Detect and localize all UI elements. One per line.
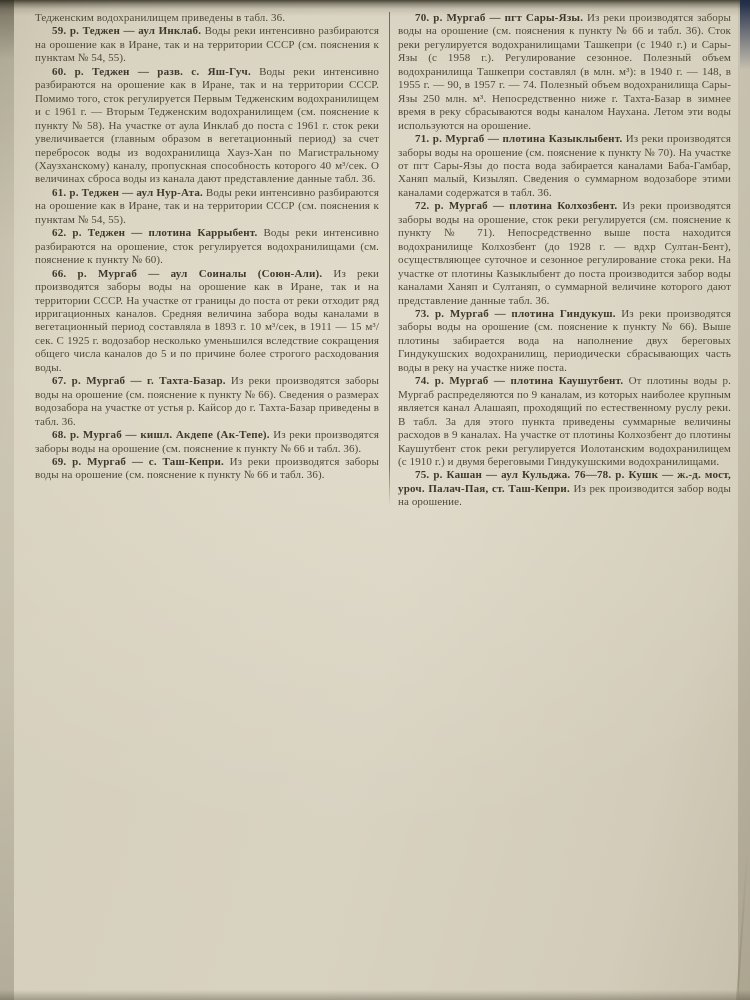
entry-heading: 60. р. Теджен — разв. с. Яш-Гуч. — [52, 66, 251, 78]
entry-paragraph: 61. р. Теджен — аул Нур-Ата. Воды реки и… — [35, 187, 379, 227]
text-column-right: 70. р. Мургаб — пгт Сары-Язы. Из реки пр… — [398, 12, 731, 510]
entry-heading: 73. р. Мургаб — плотина Гиндукуш. — [415, 308, 616, 320]
entry-heading: 61. р. Теджен — аул Нур-Ата. — [52, 187, 203, 199]
entry-heading: 66. р. Мургаб — аул Соиналы (Союн-Али). — [52, 268, 322, 280]
text-column-left: Тедженским водохранилищем приведены в та… — [35, 12, 379, 483]
entry-paragraph: 75. р. Кашан — аул Кульджа. 76—78. р. Ку… — [398, 469, 731, 509]
book-page: Тедженским водохранилищем приведены в та… — [0, 0, 750, 1000]
two-column-text-block: Тедженским водохранилищем приведены в та… — [35, 12, 731, 510]
scan-bottom-shadow — [0, 990, 750, 1000]
entry-heading: 71. р. Мургаб — плотина Казыклыбент. — [415, 133, 622, 145]
entry-paragraph: 69. р. Мургаб — с. Таш-Кепри. Из реки пр… — [35, 456, 379, 483]
entry-heading: 72. р. Мургаб — плотина Колхозбент. — [415, 200, 617, 212]
entry-paragraph: 72. р. Мургаб — плотина Колхозбент. Из р… — [398, 200, 731, 308]
entry-paragraph: 66. р. Мургаб — аул Соиналы (Союн-Али). … — [35, 268, 379, 376]
entry-heading: 62. р. Теджен — плотина Каррыбент. — [52, 227, 258, 239]
scan-left-shadow — [0, 0, 14, 1000]
entry-paragraph: 67. р. Мургаб — г. Тахта-Базар. Из реки … — [35, 375, 379, 429]
entry-paragraph: 62. р. Теджен — плотина Каррыбент. Воды … — [35, 227, 379, 267]
entry-heading: 59. р. Теджен — аул Инклаб. — [52, 25, 201, 37]
entry-paragraph: 70. р. Мургаб — пгт Сары-Язы. Из реки пр… — [398, 12, 731, 133]
entry-paragraph: 68. р. Мургаб — кишл. Акдепе (Ак-Тепе). … — [35, 429, 379, 456]
entry-paragraph: 71. р. Мургаб — плотина Казыклыбент. Из … — [398, 133, 731, 200]
entry-paragraph: 59. р. Теджен — аул Инклаб. Воды реки ин… — [35, 25, 379, 65]
binding-edge — [740, 0, 750, 70]
entry-paragraph: 73. р. Мургаб — плотина Гиндукуш. Из рек… — [398, 308, 731, 375]
entry-heading: 70. р. Мургаб — пгт Сары-Язы. — [415, 12, 583, 24]
entry-heading: 75. р. Кашан — аул Кульджа. 76—78. р. Ку… — [398, 469, 731, 494]
column-divider-rule — [389, 12, 390, 506]
entry-heading: 67. р. Мургаб — г. Тахта-Базар. — [52, 375, 226, 387]
entry-paragraph: 74. р. Мургаб — плотина Каушутбент. От п… — [398, 375, 731, 469]
entry-heading: 74. р. Мургаб — плотина Каушутбент. — [415, 375, 623, 387]
continuation-paragraph: Тедженским водохранилищем приведены в та… — [35, 12, 379, 25]
entry-heading: 69. р. Мургаб — с. Таш-Кепри. — [52, 456, 224, 468]
entry-paragraph: 60. р. Теджен — разв. с. Яш-Гуч. Воды ре… — [35, 66, 379, 187]
entry-heading: 68. р. Мургаб — кишл. Акдепе (Ак-Тепе). — [52, 429, 270, 441]
